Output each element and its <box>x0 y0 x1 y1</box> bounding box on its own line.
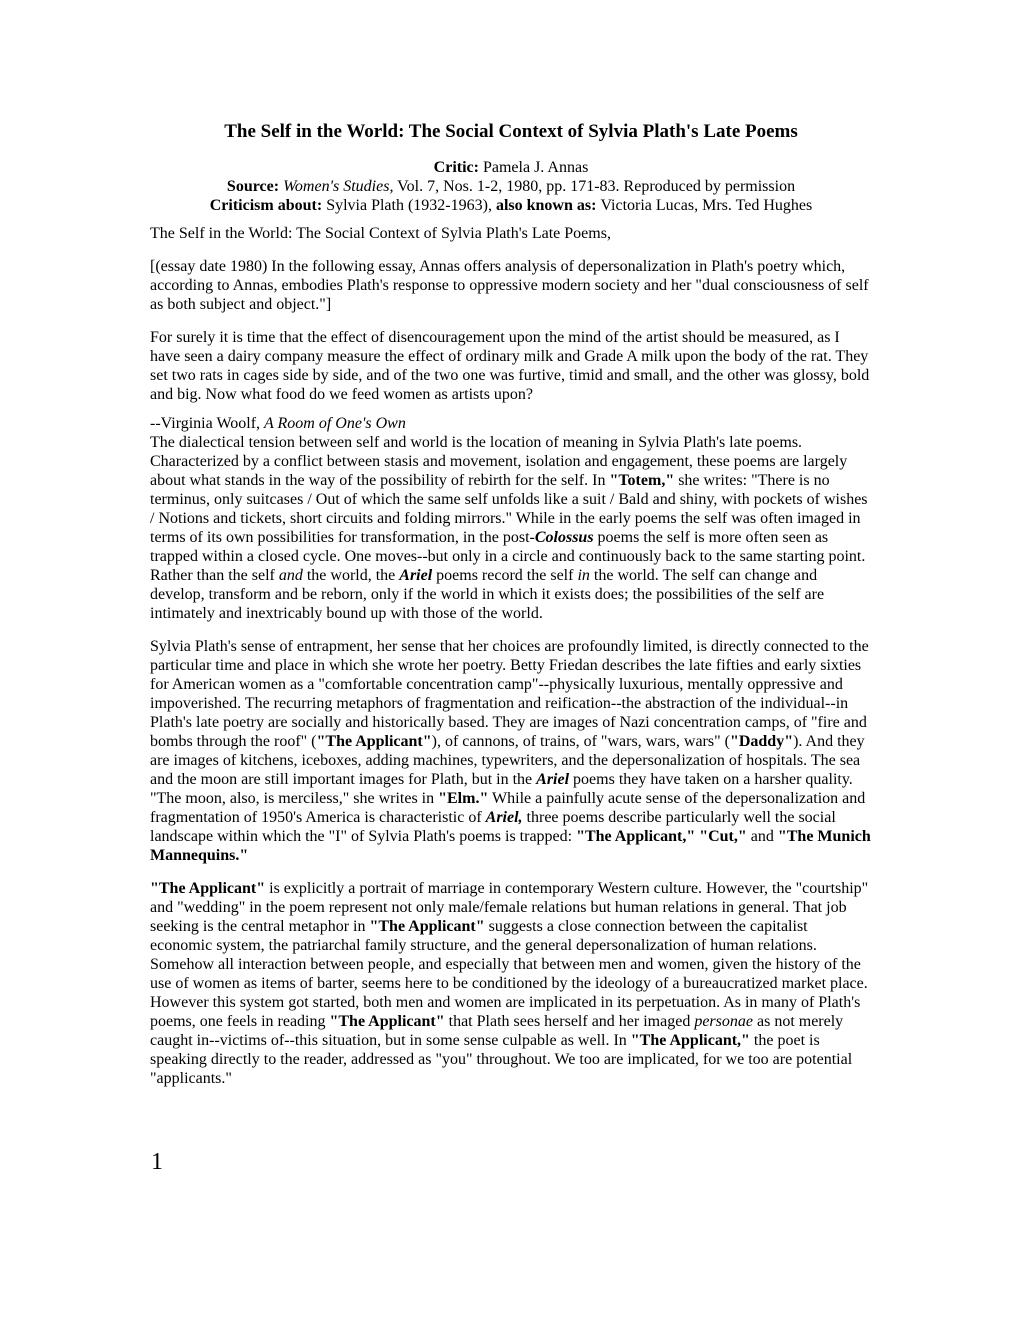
page-number: 1 <box>151 1148 163 1176</box>
document-content: The Self in the World: The Social Contex… <box>150 120 872 1088</box>
essay-paragraph: "The Applicant" is explicitly a portrait… <box>150 879 872 1088</box>
epigraph-paragraph: For surely it is time that the effect of… <box>150 328 872 404</box>
document-title: The Self in the World: The Social Contex… <box>150 120 872 143</box>
essay-paragraph: The dialectical tension between self and… <box>150 433 872 623</box>
citation-line: Critic: Pamela J. Annas <box>150 158 872 177</box>
essay-paragraph: Sylvia Plath's sense of entrapment, her … <box>150 637 872 865</box>
document-page: The Self in the World: The Social Contex… <box>0 0 1020 1320</box>
citation-line: Source: Women's Studies, Vol. 7, Nos. 1-… <box>150 177 872 196</box>
citation-line: Criticism about: Sylvia Plath (1932-1963… <box>150 196 872 215</box>
essay-body: The Self in the World: The Social Contex… <box>150 224 872 1088</box>
attribution-line: --Virginia Woolf, A Room of One's Own <box>150 414 872 433</box>
essay-title-line: The Self in the World: The Social Contex… <box>150 224 872 243</box>
citation-block: Critic: Pamela J. AnnasSource: Women's S… <box>150 158 872 215</box>
editor-note-paragraph: [(essay date 1980) In the following essa… <box>150 257 872 314</box>
